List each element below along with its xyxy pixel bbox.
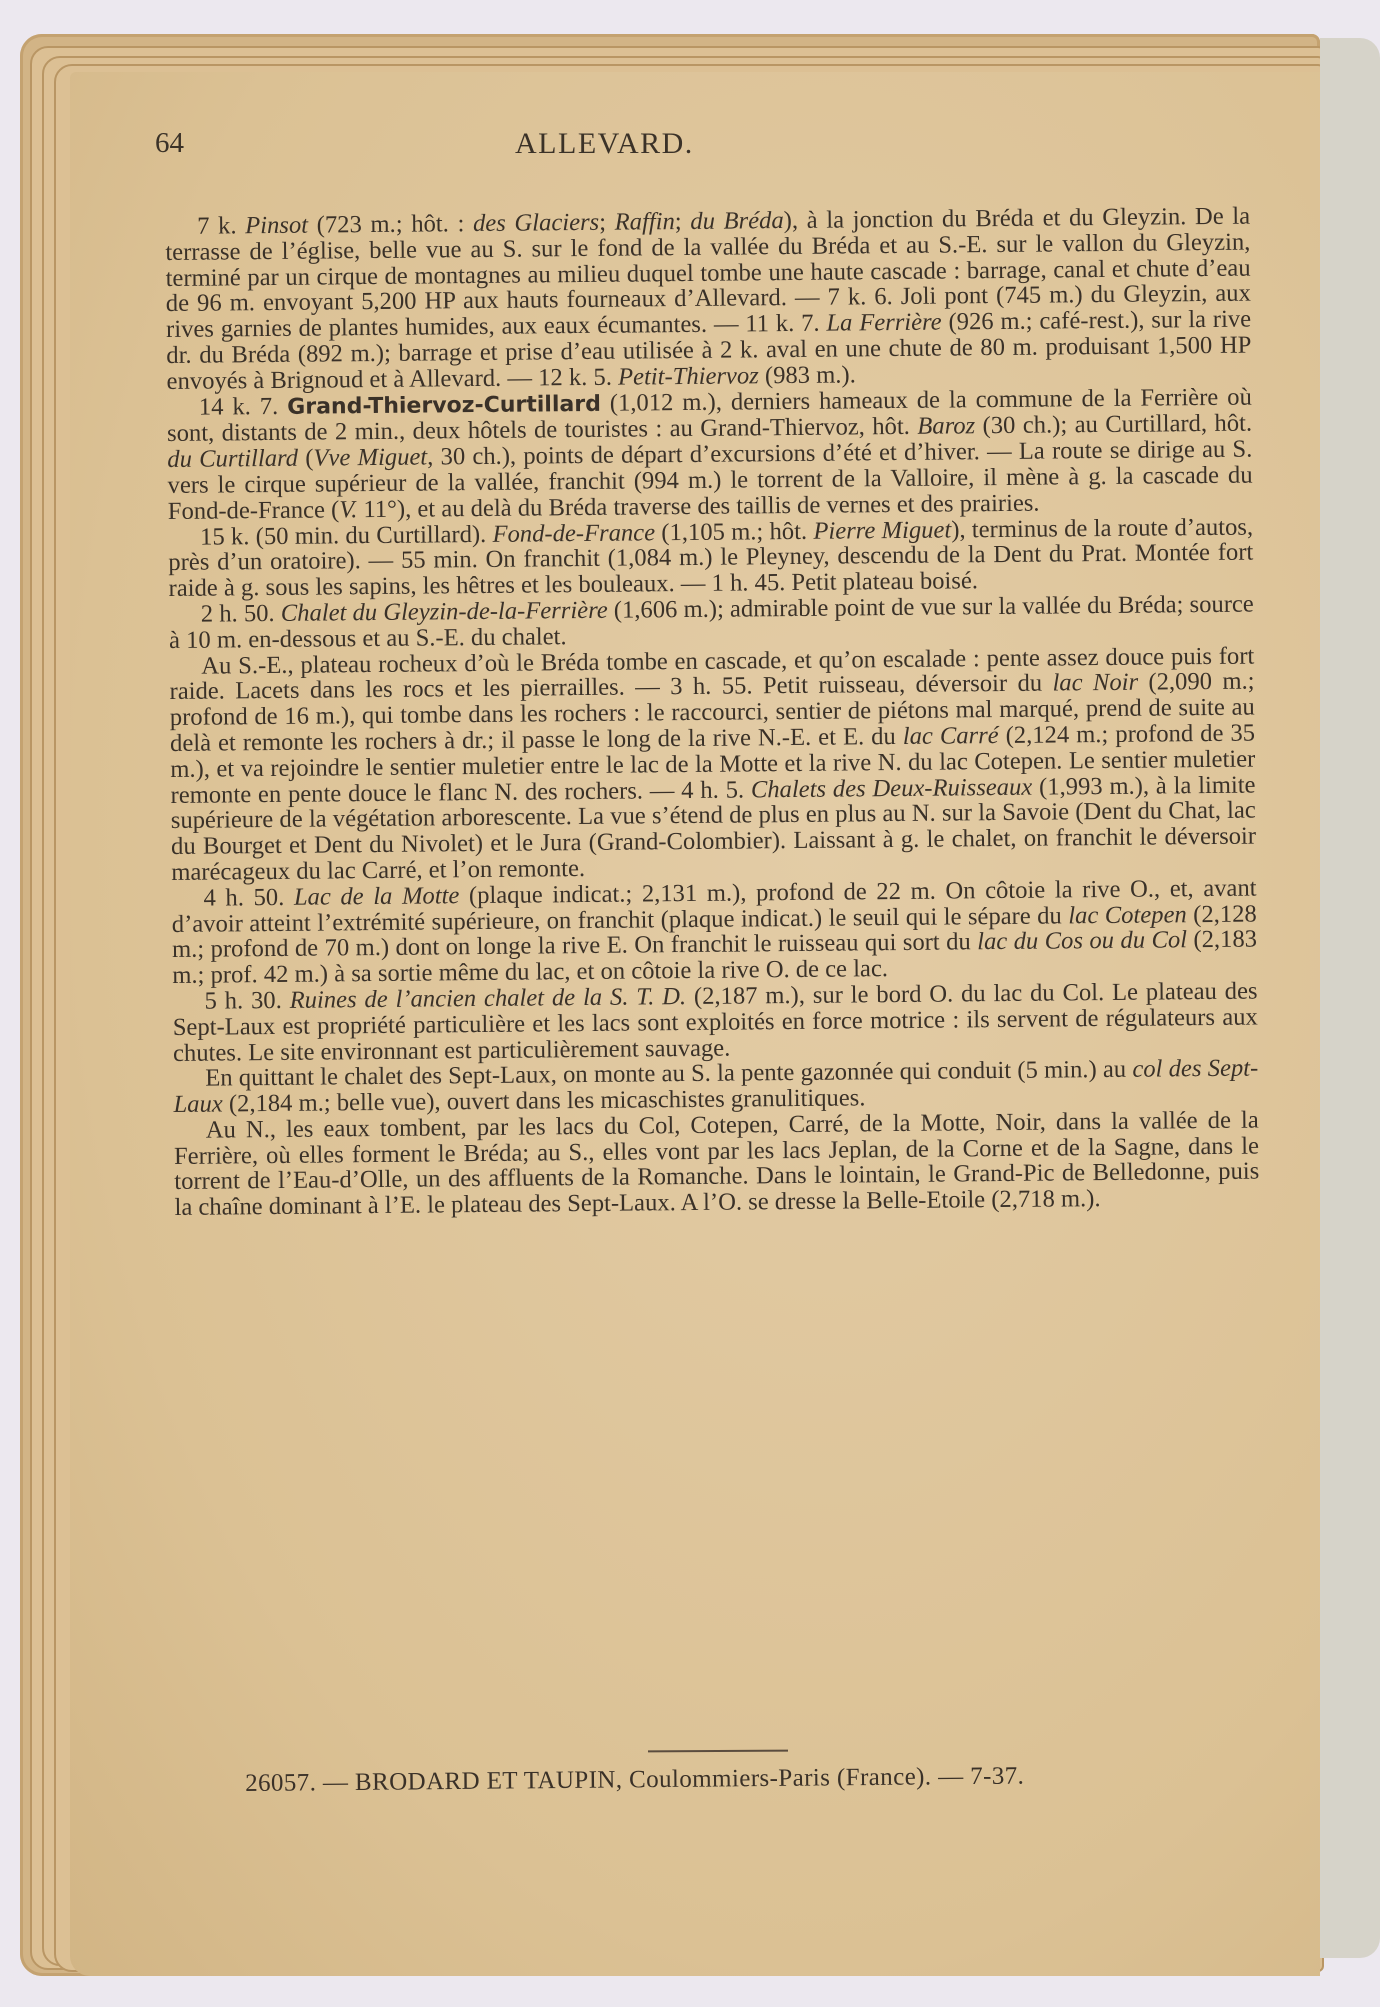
text-run: 14 k. 7. — [199, 392, 288, 420]
italic-text: Pinsot — [245, 212, 308, 240]
running-title: ALLEVARD. — [515, 127, 694, 161]
italic-text: du Bréda — [690, 207, 784, 235]
italic-text: Raffin — [615, 208, 675, 236]
paragraph: 7 k. Pinsot (723 m.; hôt. : des Glaciers… — [165, 204, 1252, 395]
page-header: 64 ALLEVARD. — [155, 127, 1235, 167]
paragraph: 5 h. 30. Ruines de l’ancien chalet de la… — [172, 978, 1258, 1066]
italic-text: La Ferrière — [826, 309, 941, 337]
italic-text: lac Noir — [1052, 669, 1138, 697]
page-number: 64 — [155, 127, 184, 160]
italic-text: Fond-de-France — [492, 519, 655, 548]
italic-text: du Curtillard — [167, 445, 298, 473]
paragraph: Au S.-E., plateau rocheux d’où le Bréda … — [169, 643, 1256, 886]
text-run: (1,105 m.; hôt. — [655, 517, 814, 546]
paragraph: Au N., les eaux tombent, par les lacs du… — [174, 1107, 1260, 1221]
paragraph: 14 k. 7. Grand-Thiervoz-Curtillard (1,01… — [167, 384, 1253, 524]
italic-text: lac Carré — [903, 722, 999, 750]
bold-text: Grand-Thiervoz-Curtillard — [287, 391, 601, 419]
text-run: Au N., les eaux tombent, par les lacs du… — [174, 1106, 1259, 1221]
italic-text: Pierre Miguet — [813, 516, 951, 544]
text-run: ; — [599, 209, 615, 236]
italic-text: Baroz — [917, 413, 975, 441]
text-run: 2 h. 50. — [201, 600, 281, 628]
italic-text: Lac de la Motte — [294, 882, 460, 911]
paragraph: 4 h. 50. Lac de la Motte (plaque indicat… — [171, 875, 1257, 989]
text-run: 5 h. 30. — [204, 987, 289, 1015]
body-text: 7 k. Pinsot (723 m.; hôt. : des Glaciers… — [165, 204, 1260, 1221]
text-run: (983 m.). — [759, 361, 856, 389]
italic-text: V. — [339, 496, 357, 523]
text-run: ( — [298, 445, 314, 472]
text-run: 4 h. 50. — [203, 884, 294, 912]
italic-text: Vve Miguet — [313, 444, 427, 472]
italic-text: Petit-Thiervoz — [618, 362, 759, 390]
paragraph: 15 k. (50 min. du Curtillard). Fond-de-F… — [168, 514, 1254, 602]
text-run: ; — [675, 208, 691, 235]
italic-text: lac Cotepen — [1068, 901, 1187, 929]
italic-text: lac du Cos ou du Col — [977, 927, 1187, 956]
text-run: 7 k. — [197, 212, 245, 239]
italic-text: des Glaciers — [473, 209, 599, 237]
adjacent-page-edge — [1320, 38, 1380, 1958]
text-run: (723 m.; hôt. : — [308, 210, 473, 239]
